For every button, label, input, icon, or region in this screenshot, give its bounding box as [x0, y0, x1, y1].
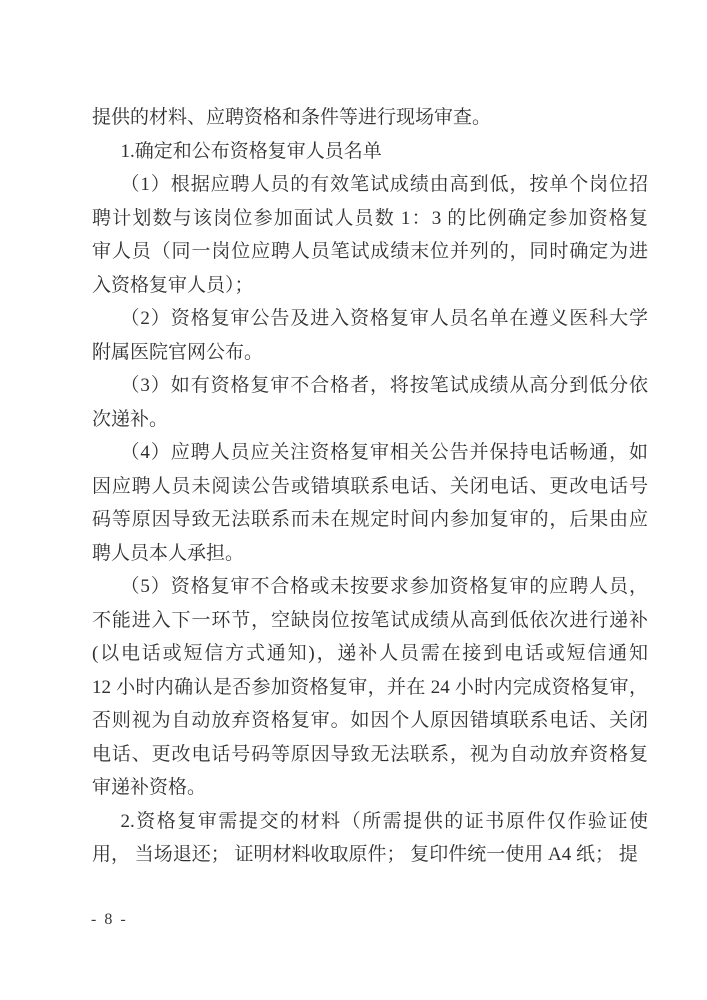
text-line: 2.资格复审需提交的材料（所需提供的证书原件仅作验证使	[92, 805, 648, 839]
text-line: 因应聘人员未阅读公告或错填联系电话、关闭电话、更改电话号	[92, 470, 648, 504]
text-line: （1）根据应聘人员的有效笔试成绩由高到低，按单个岗位招	[92, 168, 648, 202]
text-line: 审人员（同一岗位应聘人员笔试成绩末位并列的，同时确定为进	[92, 235, 648, 269]
text-line: 提供的材料、应聘资格和条件等进行现场审查。	[92, 101, 648, 135]
page-number: - 8 -	[91, 910, 128, 930]
text-line: （2）资格复审公告及进入资格复审人员名单在遵义医科大学	[92, 302, 648, 336]
text-line: (以电话或短信方式通知)，递补人员需在接到电话或短信通知	[92, 637, 648, 671]
text-line: （4）应聘人员应关注资格复审相关公告并保持电话畅通，如	[92, 436, 648, 470]
text-line: （3）如有资格复审不合格者，将按笔试成绩从高分到低分依	[92, 369, 648, 403]
text-line: 电话、更改电话号码等原因导致无法联系，视为自动放弃资格复	[92, 738, 648, 772]
text-line: 用， 当场退还； 证明材料收取原件； 复印件统一使用 A4 纸； 提	[92, 838, 648, 872]
text-line: 次递补。	[92, 403, 648, 437]
text-line: 码等原因导致无法联系而未在规定时间内参加复审的，后果由应	[92, 503, 648, 537]
document-page: 提供的材料、应聘资格和条件等进行现场审查。1.确定和公布资格复审人员名单（1）根…	[0, 0, 707, 1000]
text-line: 1.确定和公布资格复审人员名单	[92, 135, 648, 169]
text-line: （5）资格复审不合格或未按要求参加资格复审的应聘人员，	[92, 570, 648, 604]
text-line: 不能进入下一环节，空缺岗位按笔试成绩从高到低依次进行递补	[92, 604, 648, 638]
text-line: 聘人员本人承担。	[92, 537, 648, 571]
text-line: 12 小时内确认是否参加资格复审，并在 24 小时内完成资格复审，	[92, 671, 648, 705]
document-body: 提供的材料、应聘资格和条件等进行现场审查。1.确定和公布资格复审人员名单（1）根…	[92, 101, 648, 872]
text-line: 入资格复审人员）；	[92, 269, 648, 303]
text-line: 审递补资格。	[92, 771, 648, 805]
text-line: 附属医院官网公布。	[92, 336, 648, 370]
text-line: 否则视为自动放弃资格复审。如因个人原因错填联系电话、关闭	[92, 704, 648, 738]
text-line: 聘计划数与该岗位参加面试人员数 1：3 的比例确定参加资格复	[92, 202, 648, 236]
